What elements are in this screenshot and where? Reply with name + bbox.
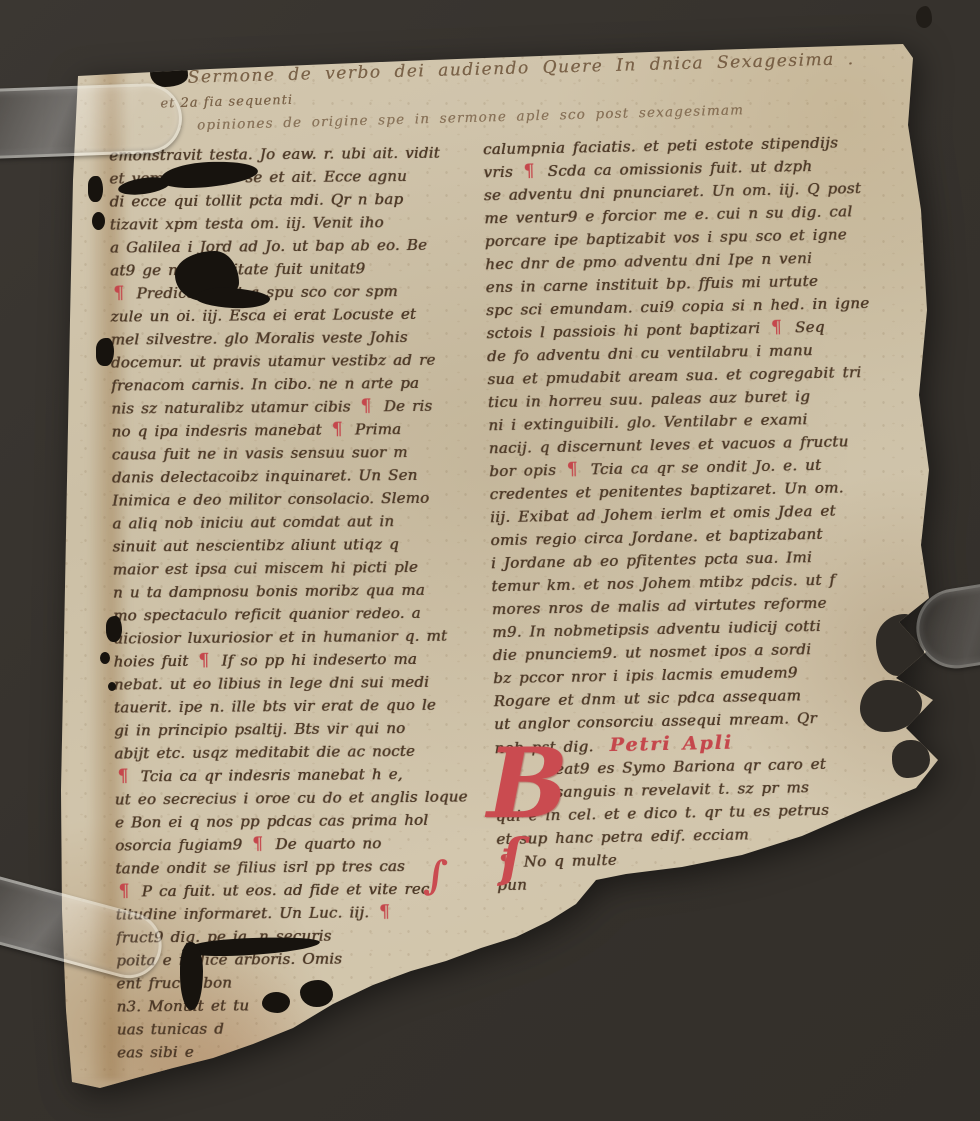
paraph-mark: ¶	[771, 318, 783, 338]
parchment-hole	[92, 212, 105, 230]
torn-edge-gap	[860, 680, 922, 732]
parchment-hole	[96, 338, 114, 366]
manuscript-line: bor opis ¶ Tcia ca qr se ondit Jo. e. ut	[489, 452, 939, 484]
paraph-mark: ¶	[117, 766, 128, 786]
ink-blot	[262, 992, 290, 1013]
ink-blot	[182, 934, 321, 958]
manuscript-line: ¶ Predicabat et a spu sco cor spm	[110, 279, 482, 305]
manuscript-line: abijt etc. usqz meditabit die ac nocte	[114, 739, 486, 765]
manuscript-line: omis regio circa Jordane. et baptizabant	[490, 521, 940, 553]
manuscript-line: temur km. et nos Johem mtibz pdcis. ut f	[491, 567, 941, 599]
manuscript-line: ¶ No q multe	[496, 843, 946, 875]
manuscript-line: spc sci emundam. cui9 copia si n hed. in…	[486, 291, 936, 323]
manuscript-line: vris ¶ Scda ca omissionis fuit. ut dzph	[483, 153, 933, 185]
ink-blot	[150, 55, 188, 87]
manuscript-line: porcare ipe baptizabit vos i spu sco et …	[485, 222, 935, 254]
paraph-mark: ¶	[567, 460, 579, 480]
manuscript-line: bz pccor nror i ipis lacmis emudem9	[493, 659, 943, 691]
manuscript-line: e Bon ei q nos pp pdcas cas prima hol	[115, 808, 487, 834]
parchment-hole	[106, 616, 122, 642]
manuscript-line: mel silvestre. glo Moralis veste Johis	[111, 325, 483, 351]
manuscript-line: maior est ipsa cui miscem hi picti ple	[113, 555, 485, 581]
torn-edge-gap	[892, 740, 930, 778]
manuscript-line: ni i extinguibili. glo. Ventilabr e exam…	[488, 406, 938, 438]
manuscript-line: hoies fuit ¶ If so pp hi indeserto ma	[113, 647, 485, 673]
manuscript-line: docemur. ut pravis utamur vestibz ad re	[111, 348, 483, 374]
ink-blot	[180, 942, 203, 1010]
paraph-mark: ¶	[113, 284, 124, 304]
paraph-mark: ¶	[379, 902, 390, 922]
rubric-ornament: ∫	[422, 851, 448, 900]
manuscript-line: uas tunicas d	[117, 1015, 489, 1041]
manuscript-line: tizavit xpm testa om. iij. Venit iho	[110, 210, 482, 236]
manuscript-line: di ecce qui tollit pcta mdi. Qr n bap	[109, 187, 481, 213]
manuscript-line: ticu in horreu suu. paleas auz buret ig	[488, 383, 938, 415]
manuscript-line: i Jordane ab eo pfitentes pcta sua. Imi	[491, 544, 941, 576]
manuscript-line: tande ondit se filius isrl pp tres cas	[115, 854, 487, 880]
manuscript-line: eat9 es Symo Bariona qr caro et	[495, 751, 945, 783]
manuscript-line: gi in principio psaltij. Bts vir qui no	[114, 716, 486, 742]
manuscript-line: ut eo secrecius i oroe cu do et anglis l…	[115, 785, 487, 811]
text-column-left: emonstravit testa. Jo eaw. r. ubi ait. v…	[109, 141, 489, 1064]
rubric-initial-B: B	[487, 744, 568, 824]
ink-blot	[175, 251, 239, 301]
manuscript-line: ¶ P ca fuit. ut eos. ad fide et vite rec	[115, 877, 487, 903]
parchment-hole	[108, 682, 116, 691]
paraph-mark: ¶	[118, 881, 129, 901]
manuscript-line: danis delectacoibz inquinaret. Un Sen	[112, 463, 484, 489]
manuscript-line: osorcia fugiam9 ¶ De quarto no	[115, 831, 487, 857]
text-column-right: calumpnia faciatis. et peti estote stipe…	[483, 130, 947, 897]
background-mark	[916, 6, 932, 28]
manuscript-photo: Sermone de verbo dei audiendo Quere In d…	[0, 0, 980, 1121]
parchment-hole	[88, 176, 103, 202]
manuscript-line: se adventu dni pnunciaret. Un om. iij. Q…	[484, 176, 934, 208]
header-inscriptions: Sermone de verbo dei audiendo Quere In d…	[0, 0, 977, 5]
manuscript-line: ut anglor consorciu assequi mream. Qr	[494, 705, 944, 737]
manuscript-line: me ventur9 e forcior me e. cui n su dig.…	[484, 199, 934, 231]
manuscript-line: calumpnia faciatis. et peti estote stipe…	[483, 130, 933, 162]
manuscript-line: mores nros de malis ad virtutes reforme	[492, 590, 942, 622]
manuscript-line: eas sibi e	[117, 1038, 489, 1064]
manuscript-line: nacij. q discernunt leves et vacuos a fr…	[488, 429, 938, 461]
ink-blot	[117, 174, 171, 197]
paraph-mark: ¶	[198, 651, 209, 671]
paraph-mark: ¶	[523, 161, 535, 181]
rubric-initial-secondary: ſ	[500, 834, 522, 884]
manuscript-line: qui e in cel. et e dico t. qr tu es petr…	[496, 797, 946, 829]
ink-blot	[300, 980, 333, 1007]
manuscript-line: at9 ge n e castitate fuit unitat9	[110, 256, 482, 282]
manuscript-line: mo spectaculo reficit quanior redeo. a	[113, 601, 485, 627]
manuscript-line: de fo adventu dni cu ventilabru i manu	[487, 337, 937, 369]
manuscript-line: nebat. ut eo libius in lege dni sui medi	[114, 670, 486, 696]
manuscript-line: nis sz naturalibz utamur cibis ¶ De ris	[111, 394, 483, 420]
manuscript-line: Inimica e deo militor consolacio. Slemo	[112, 486, 484, 512]
header-note-line: opiniones de origine spe in sermone aple…	[197, 102, 744, 133]
manuscript-line: a Galilea i Jord ad Jo. ut bap ab eo. Be	[110, 233, 482, 259]
rubric-heading: Petri Apli	[609, 732, 733, 756]
manuscript-line: sua et pmudabit aream sua. et cogregabit…	[487, 360, 937, 392]
header-title-line: Sermone de verbo dei audiendo Quere In d…	[187, 49, 854, 88]
manuscript-line: pun	[497, 866, 947, 898]
manuscript-line: a aliq nob iniciu aut comdat aut in	[112, 509, 484, 535]
paraph-mark: ¶	[332, 420, 343, 440]
paraph-mark: ¶	[252, 834, 263, 854]
manuscript-line: frenacom carnis. In cibo. ne n arte pa	[111, 371, 483, 397]
manuscript-line: credentes et penitentes baptizaret. Un o…	[489, 475, 939, 507]
manuscript-line: titudine informaret. Un Luc. iij. ¶	[116, 900, 488, 926]
manuscript-line: no q ipa indesris manebat ¶ Prima	[111, 417, 483, 443]
manuscript-line: poita e radice arboris. Omis	[116, 946, 488, 972]
manuscript-line: nob pst dig.Petri Apli	[494, 728, 944, 760]
manuscript-line: iij. Exibat ad Johem ierlm et omis Jdea …	[490, 498, 940, 530]
manuscript-line: n u ta dampnosu bonis moribz qua ma	[113, 578, 485, 604]
manuscript-line: hec dnr de pmo adventu dni Ipe n veni	[485, 245, 935, 277]
manuscript-line: ens in carne instituit bp. ffuis mi urtu…	[485, 268, 935, 300]
manuscript-line: tauerit. ipe n. ille bts vir erat de quo…	[114, 693, 486, 719]
manuscript-line: sanguis n revelavit t. sz pr ms	[495, 774, 945, 806]
manuscript-line: n3. Monuit et tu	[116, 992, 488, 1018]
ink-blot	[159, 159, 259, 191]
mount-clip-top-left	[0, 82, 183, 160]
manuscript-line: et vementem ad se et ait. Ecce agnu	[109, 164, 481, 190]
paraph-mark: ¶	[360, 396, 371, 416]
manuscript-line: uiciosior luxuriosior et in humanior q. …	[113, 624, 485, 650]
paraph-mark: ¶	[499, 852, 511, 872]
ink-blot	[196, 286, 271, 310]
manuscript-line: die pnunciem9. ut nosmet ipos a sordi	[492, 636, 942, 668]
manuscript-line: zule un oi. iij. Esca ei erat Locuste et	[110, 302, 482, 328]
manuscript-line: m9. In nobmetipsis adventu iudicij cotti	[492, 613, 942, 645]
parchment-hole	[100, 652, 110, 664]
manuscript-line: Rogare et dnm ut sic pdca assequam	[493, 682, 943, 714]
manuscript-line: sinuit aut nescientibz aliunt utiqz q	[112, 532, 484, 558]
manuscript-line: fruct9 dig. pe ia. n securis	[116, 923, 488, 949]
manuscript-line: et sup hanc petra edif. ecciam	[496, 820, 946, 852]
manuscript-line: ent fructu bon	[116, 969, 488, 995]
manuscript-line: sctois l passiois hi pont baptizari ¶ Se…	[486, 314, 936, 346]
manuscript-line: causa fuit ne in vasis sensuu suor m	[112, 440, 484, 466]
manuscript-line: ¶ Tcia ca qr indesris manebat h e,	[114, 762, 486, 788]
